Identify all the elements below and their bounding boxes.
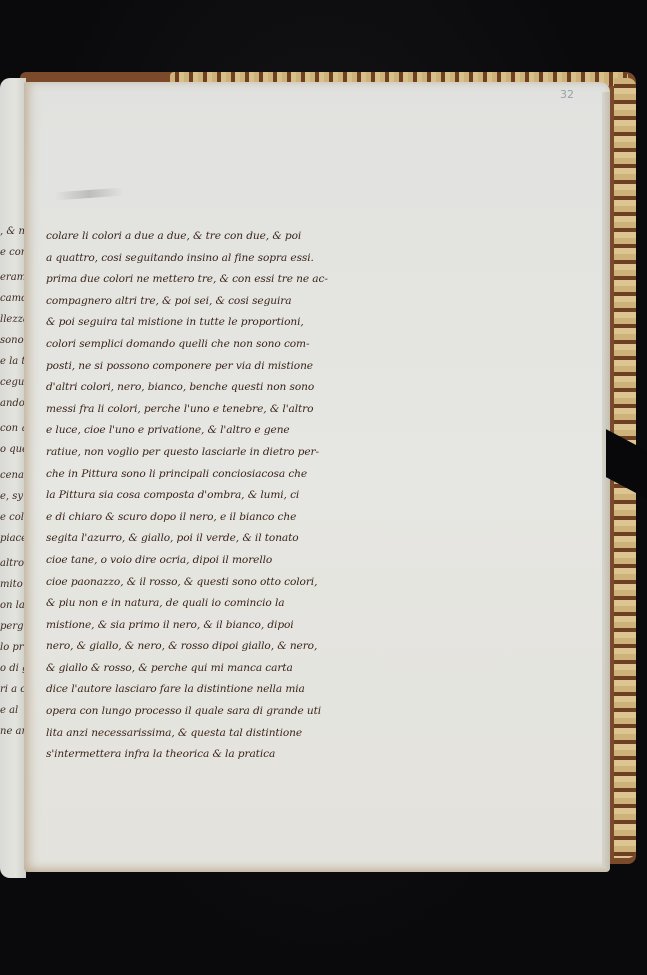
page-fore-edge (602, 92, 610, 868)
left-fragment: perg (0, 621, 26, 632)
text-line: mistione, & sia primo il nero, & il bian… (46, 615, 386, 637)
left-fragment: cegua (0, 377, 26, 388)
text-line: che in Pittura sono li principali concio… (46, 464, 386, 486)
left-page-edge: , & no e con le erame camo llezza sono e… (0, 78, 26, 878)
text-line: la Pittura sia cosa composta d'ombra, & … (46, 485, 386, 507)
left-fragment: o questo (0, 444, 26, 455)
faded-offset-mark (54, 188, 124, 201)
manuscript-text-block: colare li colori a due a due, & tre con … (46, 226, 386, 766)
text-line: & giallo & rosso, & perche qui mi manca … (46, 658, 386, 680)
left-fragment: ne am (0, 726, 26, 737)
left-fragment: cena co (0, 470, 26, 481)
text-line: d'altri colori, nero, bianco, benche que… (46, 377, 386, 399)
text-line: colori semplici domando quelli che non s… (46, 334, 386, 356)
text-line: cioe paonazzo, & il rosso, & questi sono… (46, 572, 386, 594)
manuscript-page: 32 colare li colori a due a due, & tre c… (24, 82, 610, 872)
left-fragment: o di g (0, 663, 26, 674)
left-fragment: ri a c (0, 684, 26, 695)
text-line: colare li colori a due a due, & tre con … (46, 226, 386, 248)
text-line: segita l'azurro, & giallo, poi il verde,… (46, 528, 386, 550)
left-fragment: e con le (0, 247, 26, 258)
text-line: & piu non e in natura, de quali io comin… (46, 593, 386, 615)
text-line: s'intermettera infra la theorica & la pr… (46, 744, 386, 766)
text-line: lita anzi necessarissima, & questa tal d… (46, 723, 386, 745)
left-fragment: e la ta (0, 356, 26, 367)
text-line: e di chiaro & scuro dopo il nero, e il b… (46, 507, 386, 529)
text-line: a quattro, cosi seguitando insino al fin… (46, 248, 386, 270)
text-line: compagnero altri tre, & poi sei, & cosi … (46, 291, 386, 313)
left-fragment: camo (0, 293, 26, 304)
left-fragment: ando a (0, 398, 26, 409)
left-fragment: , & no (0, 226, 26, 237)
text-line: & poi seguira tal mistione in tutte le p… (46, 312, 386, 334)
text-line: opera con lungo processo il quale sara d… (46, 701, 386, 723)
left-fragment: on lalt (0, 600, 26, 611)
left-fragment: piace (0, 533, 26, 544)
left-fragment: sono (0, 335, 26, 346)
left-fragment: e cola (0, 512, 26, 523)
left-fragment: mito (0, 579, 26, 590)
left-fragment: altro (0, 558, 26, 569)
text-line: prima due colori ne mettero tre, & con e… (46, 269, 386, 291)
left-fragment: erame (0, 272, 26, 283)
left-fragment: e, sy (0, 491, 26, 502)
left-fragment: e al (0, 705, 26, 716)
text-line: posti, ne si possono componere per via d… (46, 356, 386, 378)
text-line: e luce, cioe l'uno e privatione, & l'alt… (46, 420, 386, 442)
text-line: cioe tane, o voio dire ocria, dipoi il m… (46, 550, 386, 572)
text-line: nero, & giallo, & nero, & rosso dipoi gi… (46, 636, 386, 658)
left-fragment: con q (0, 423, 26, 434)
left-fragment: lo prim (0, 642, 26, 653)
text-line: dice l'autore lasciaro fare la distintio… (46, 679, 386, 701)
left-fragment: llezza (0, 314, 26, 325)
text-line: messi fra li colori, perche l'uno e tene… (46, 399, 386, 421)
text-line: ratiue, non voglio per questo lasciarle … (46, 442, 386, 464)
folio-number: 32 (560, 88, 574, 101)
